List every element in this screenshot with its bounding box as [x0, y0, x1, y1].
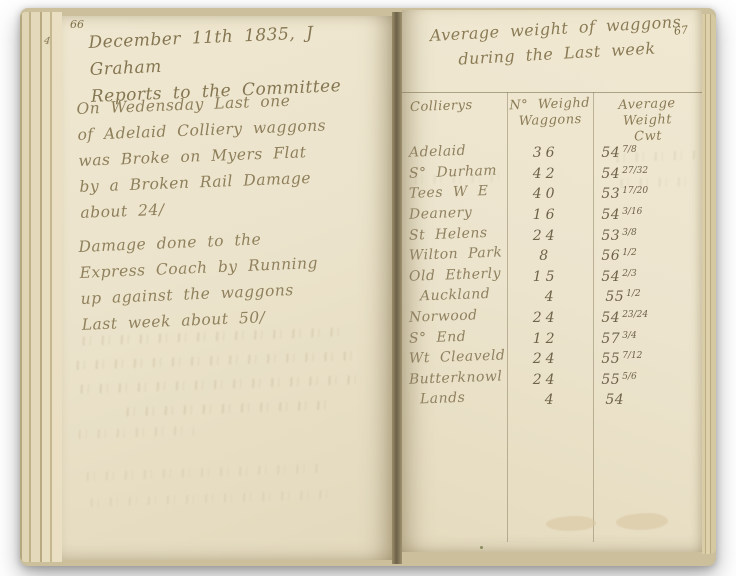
waggons-count: 40: [506, 186, 585, 202]
header-line: Waggons: [507, 111, 594, 130]
weight-whole: 54: [601, 310, 620, 326]
weight-fraction: 23/24: [622, 310, 648, 320]
colliery-name: Wilton Park: [402, 245, 506, 265]
weight-fraction: 5/6: [622, 372, 636, 382]
average-weight: 555/6: [585, 372, 702, 388]
table-row: St Helens 24 533/8: [402, 225, 702, 246]
average-weight: 5317/20: [585, 186, 702, 202]
left-page: 66 December 11th 1835, J Graham Reports …: [62, 16, 392, 560]
report-paragraph-waggon-broke: On Wedensday Last one of Adelaid Collier…: [76, 86, 330, 225]
weight-whole: 54: [601, 269, 620, 285]
average-weight: 573/4: [585, 331, 702, 347]
weight-fraction: 1/2: [626, 289, 640, 299]
book-gutter: [392, 12, 402, 564]
weight-whole: 54: [605, 392, 624, 408]
waggons-count: 12: [506, 331, 585, 347]
right-page: 67 Average weight of waggons during the …: [402, 10, 702, 552]
bleed-through-scribble: [86, 490, 336, 508]
paper-stain: [546, 516, 596, 531]
header-waggons-weighed: N° Weighd Waggons: [506, 96, 593, 131]
report-paragraph-coach-damage: Damage done to the Express Coach by Runn…: [78, 224, 321, 338]
paper-stain: [616, 513, 668, 530]
waggons-count: 4: [513, 392, 589, 408]
waggons-count: 16: [506, 207, 585, 223]
bleed-through-scribble: [76, 375, 358, 394]
weight-fraction: 3/8: [622, 228, 636, 238]
average-weight: 543/16: [585, 207, 702, 223]
left-page-edges: 4: [20, 12, 62, 562]
waggons-count: 36: [506, 145, 585, 161]
colliery-name: Lands: [402, 389, 514, 409]
table-row: Butterknowl 24 555/6: [402, 370, 702, 391]
header-average-weight: Average Weight Cwt: [592, 95, 703, 147]
weight-whole: 57: [601, 331, 620, 347]
average-weight: 542/3: [585, 269, 702, 285]
weight-fraction: 7/12: [622, 351, 642, 361]
colliery-name: Old Etherly: [402, 265, 506, 285]
waggons-count: 24: [506, 372, 585, 388]
table-row: Deanery 16 543/16: [402, 205, 702, 226]
average-weight: 54: [589, 392, 702, 408]
table-row: Norwood 24 5423/24: [402, 308, 702, 329]
average-weight: 533/8: [585, 228, 702, 244]
colliery-name: Norwood: [402, 306, 506, 326]
ink-speck: [480, 546, 483, 549]
colliery-name: Auckland: [402, 286, 514, 306]
table-row: Wt Cleaveld 24 557/12: [402, 349, 702, 370]
open-ledger-book: 4 66 December 11th 1835, J Graham Report…: [20, 8, 716, 566]
table-row: Wilton Park 8 561/2: [402, 246, 702, 267]
bleed-through-scribble: [122, 400, 332, 416]
table-row: Lands 4 54: [402, 390, 702, 411]
bleed-through-scribble: [74, 426, 194, 439]
right-page-edges: [702, 14, 716, 554]
weight-fraction: 1/2: [622, 248, 636, 258]
weight-whole: 55: [605, 289, 624, 305]
colliery-name: Wt Cleaveld: [402, 348, 506, 368]
weight-whole: 55: [601, 372, 620, 388]
average-weight: 551/2: [589, 289, 702, 305]
waggons-count: 42: [506, 166, 585, 182]
colliery-name: Tees W E: [402, 183, 506, 203]
weight-whole: 53: [601, 186, 620, 202]
weight-fraction: 3/4: [622, 331, 636, 341]
weight-whole: 53: [601, 228, 620, 244]
header-line: Average Weight: [592, 95, 702, 131]
weight-fraction: 27/32: [622, 166, 648, 176]
weight-whole: 54: [601, 207, 620, 223]
table-row: S° End 12 573/4: [402, 328, 702, 349]
colliery-name: St Helens: [402, 224, 506, 244]
bleed-through-scribble: [82, 464, 322, 481]
average-weight: 557/12: [585, 351, 702, 367]
edge-pencil-mark: 4: [43, 36, 51, 48]
bleed-through-scribble: [72, 351, 362, 370]
waggons-count: 24: [506, 228, 585, 244]
manuscript-photo: { "left": { "page_number": "66", "edge_m…: [0, 0, 736, 576]
colliery-name: Butterknowl: [402, 368, 506, 388]
weight-fraction: 2/3: [622, 269, 636, 279]
waggons-count: 24: [506, 351, 585, 367]
average-weight: 5423/24: [585, 310, 702, 326]
header-collieries: Collierys: [410, 98, 473, 115]
table-title: Average weight of waggons during the Las…: [414, 8, 698, 74]
weight-whole: 56: [601, 248, 620, 264]
colliery-name: Deanery: [402, 203, 506, 223]
waggons-count: 8: [506, 248, 585, 264]
left-page-number: 66: [70, 18, 84, 31]
waggons-count: 4: [513, 289, 589, 305]
waggons-count: 24: [506, 310, 585, 326]
waggons-count: 15: [506, 269, 585, 285]
weight-fraction: 3/16: [622, 207, 642, 217]
colliery-name: Adelaid: [402, 142, 506, 162]
table-top-rule: [402, 92, 702, 93]
weight-whole: 55: [601, 351, 620, 367]
table-row: Old Etherly 15 542/3: [402, 267, 702, 288]
table-row: Auckland 4 551/2: [402, 287, 702, 308]
table-row: Tees W E 40 5317/20: [402, 184, 702, 205]
average-weight: 561/2: [585, 248, 702, 264]
colliery-name: S° End: [402, 327, 506, 347]
